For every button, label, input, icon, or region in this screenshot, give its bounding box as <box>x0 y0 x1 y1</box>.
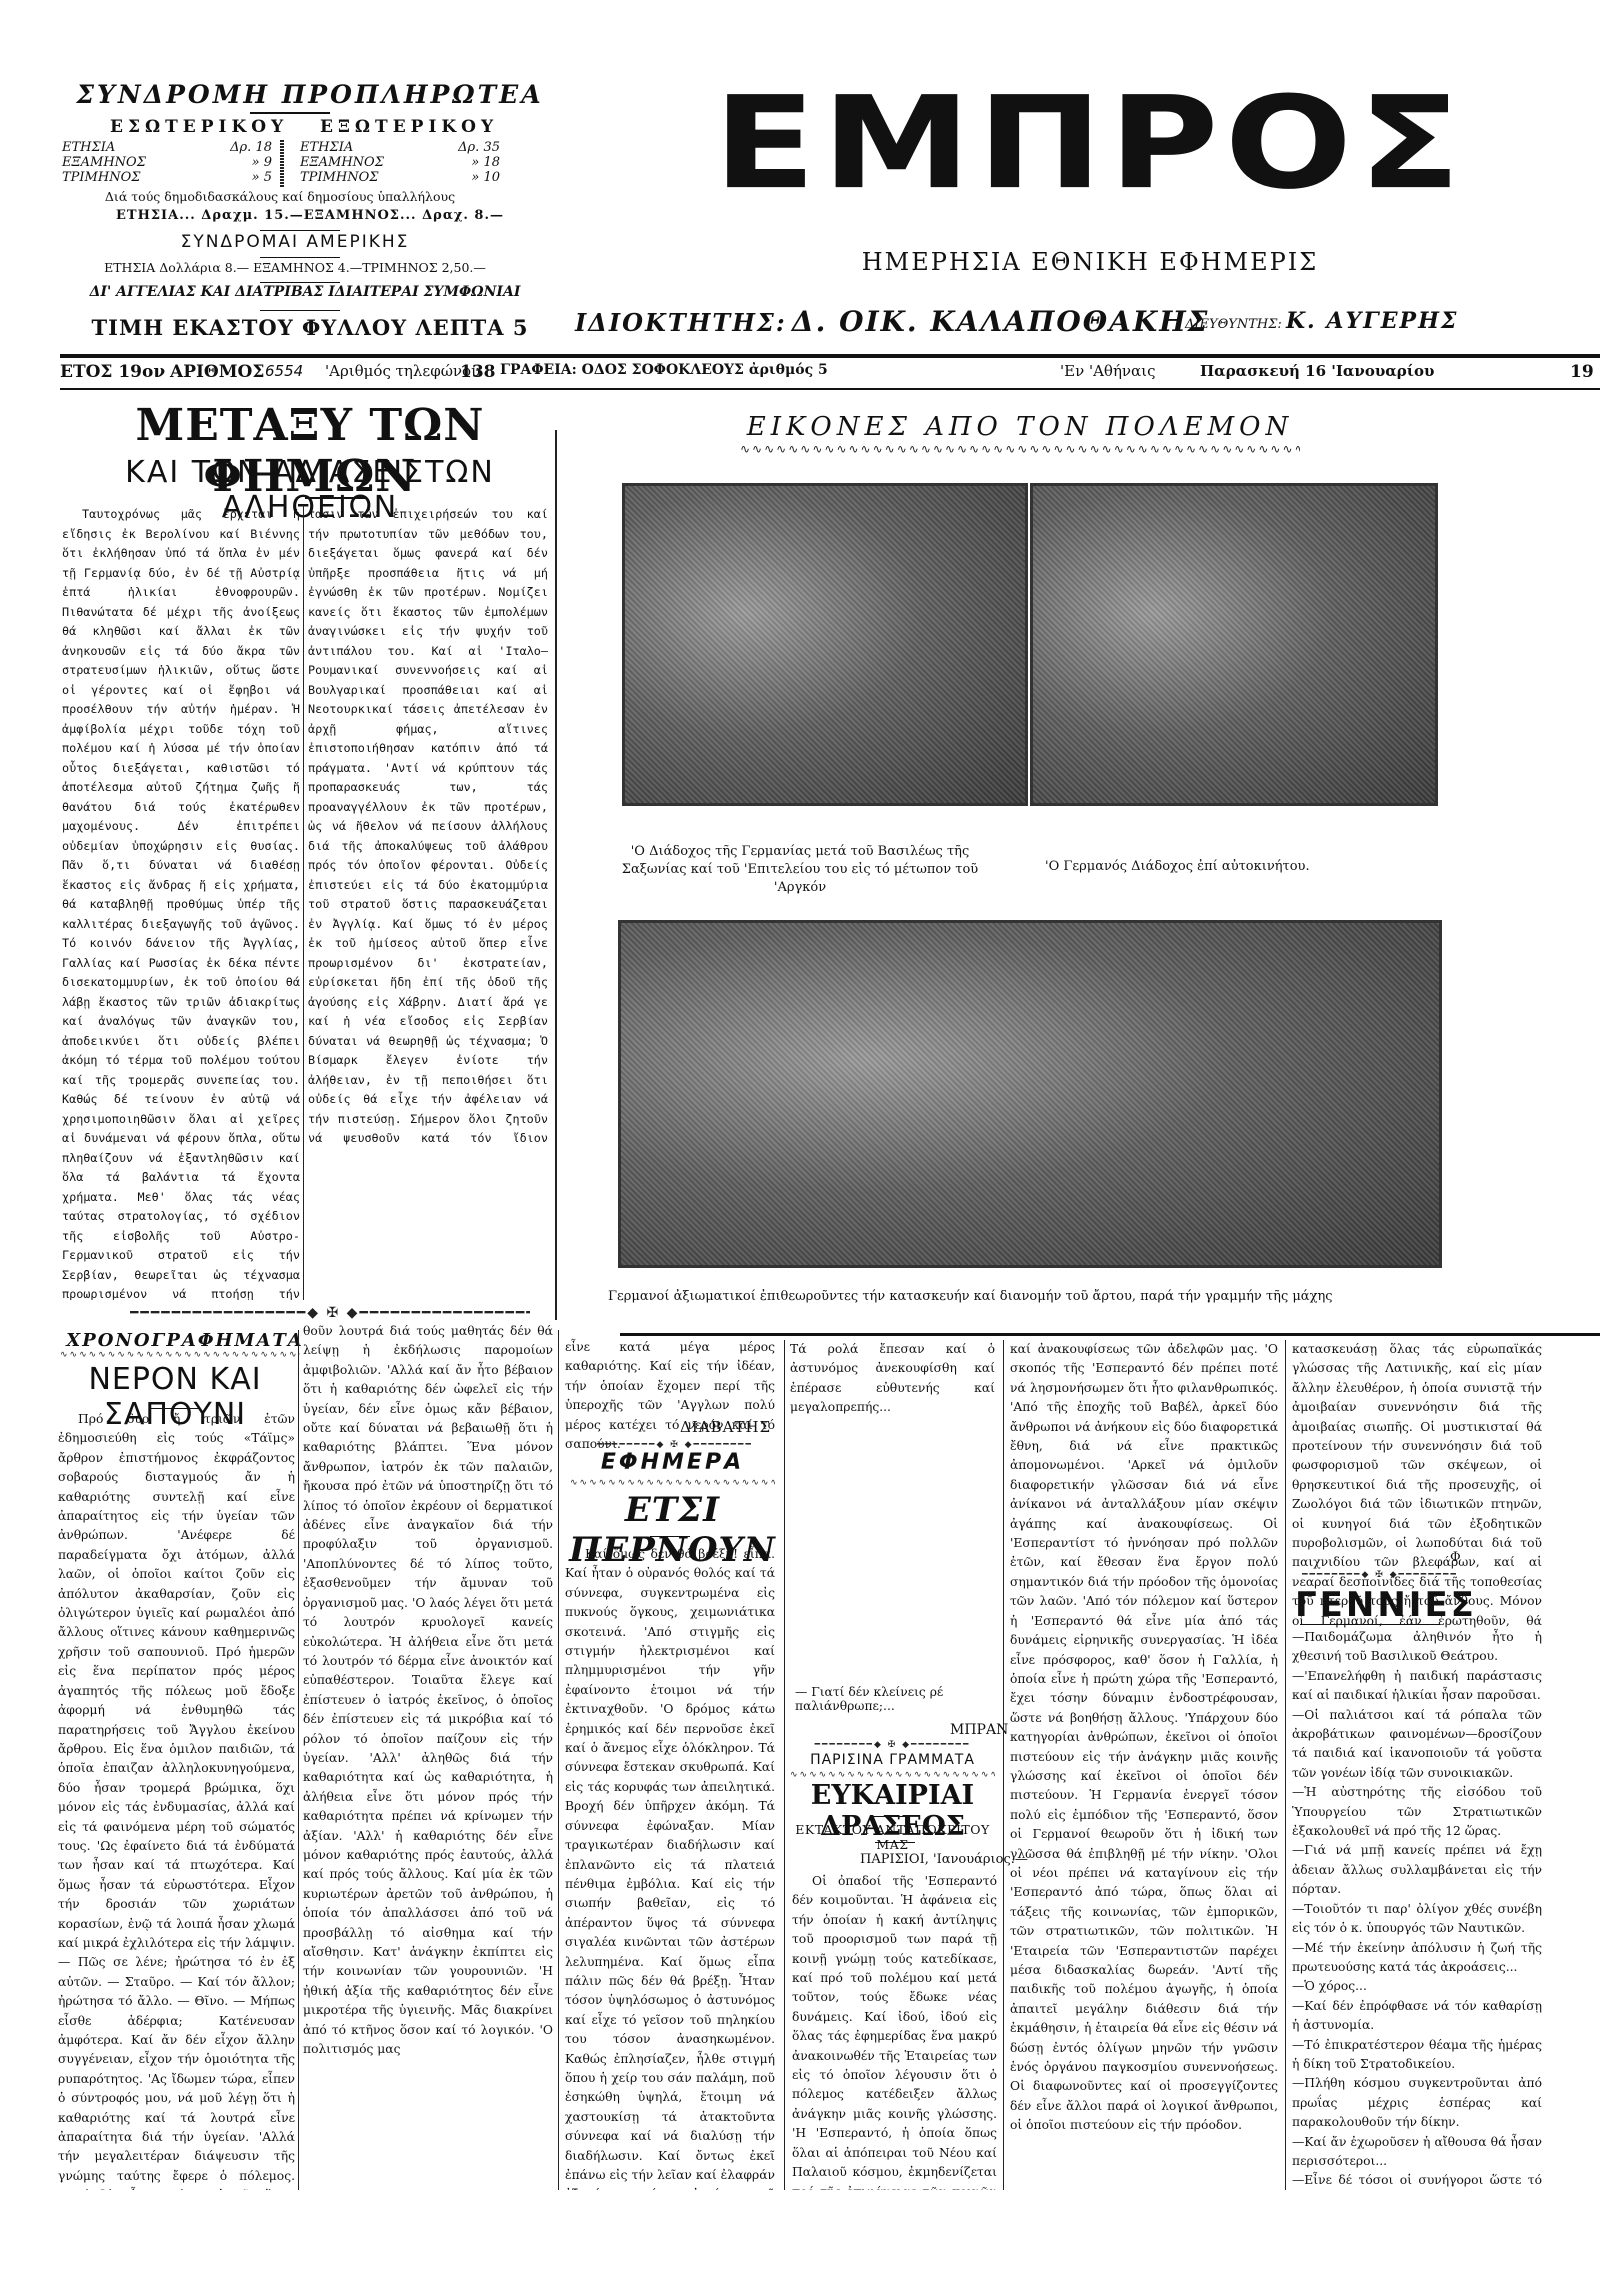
column-rule <box>1285 1340 1286 2190</box>
column-rule <box>558 1330 559 2190</box>
date: Παρασκευή 16 'Ιανουαρίου <box>1200 362 1434 380</box>
rate-value: » 9 <box>252 155 272 170</box>
genies-item: —Τό ἐπικρατέστερον θέαμα τῆς ἡμέρας ἡ δί… <box>1292 2036 1542 2075</box>
foreign-rates: ΕΤΗΣΙΑΔρ. 35 ΕΞΑΜΗΝΟΣ» 18 ΤΡΙΜΗΝΟΣ» 10 <box>300 140 500 185</box>
parisina-col2: καί ἀνακουφίσεως τῶν ἀδελφῶν μας. 'Ο σκο… <box>1010 1340 1278 2190</box>
efimera-continued: Τά ρολά ἔπεσαν καί ὁ ἀστυνόμος ἀνεκουφίσ… <box>790 1342 995 1414</box>
title-underline <box>250 112 330 114</box>
chronografimata-section: ΧΡΟΝΟΓΡΑΦΗΜΑΤΑ <box>60 1330 310 1351</box>
domestic-heading: ΕΣΩΤΕΡΙΚΟΥ <box>110 117 288 137</box>
small-divider: ━━━━━━━━◆ ✠ ◆━━━━━━━━ <box>575 1440 775 1450</box>
rate-label: ΤΡΙΜΗΝΟΣ <box>62 170 140 185</box>
year-tail: 19 <box>1570 362 1594 382</box>
info-bar-top-rule <box>60 354 1600 358</box>
owner-line: ΙΔΙΟΚΤΗΤΗΣ: Δ. ΟΙΚ. ΚΑΛΑΠΟΘΑΚΗΣ <box>575 305 1209 338</box>
photos-heading: ΕΙΚΟΝΕΣ ΑΠΟ ΤΟΝ ΠΟΛΕΜΟΝ <box>640 412 1400 442</box>
photo2-caption: 'Ο Γερμανός Διάδοχος ἐπί αὐτοκινήτου. <box>1045 858 1445 876</box>
diavatis-signature: ΔΙΑΒΑΤΗΣ <box>680 1418 771 1436</box>
rates-divider <box>280 140 284 188</box>
column-rule <box>1003 1340 1004 2190</box>
divider <box>260 310 340 311</box>
rate-label: ΤΡΙΜΗΝΟΣ <box>300 170 378 185</box>
efimera-section: ΕΦΗΜΕΡΑ <box>565 1450 780 1475</box>
genies-item: —Παιδομάζωμα ἀληθινόν ἦτο ἡ χθεσινή τοῦ … <box>1292 1628 1542 1667</box>
rate-value: » 18 <box>471 155 500 170</box>
photo-crown-prince-saxony <box>622 483 1028 806</box>
rate-value: Δρ. 18 <box>230 140 272 155</box>
offices: ΓΡΑΦΕΙΑ: ΟΔΟΣ ΣΟΦΟΚΛΕΟΥΣ ἀριθμός 5 <box>500 362 828 378</box>
genies-item: —Γιά νά μπῇ κανείς πρέπει νά ἔχῃ ἀδειαν … <box>1292 1841 1542 1899</box>
section-wave: ∿∿∿∿∿∿∿∿∿∿∿∿∿∿∿∿∿∿∿∿∿∿∿∿∿∿∿∿∿∿∿∿∿∿∿∿∿∿∿∿… <box>570 1478 775 1488</box>
genies-list: —Παιδομάζωμα ἀληθινόν ἦτο ἡ χθεσινή τοῦ … <box>1292 1628 1542 2190</box>
genies-item: —Καί ἄν ἐχωροῦσεν ἡ αἴθουσα θά ἦσαν περι… <box>1292 2133 1542 2172</box>
lead-article-col1: Ταυτοχρόνως μᾶς ἔρχεται ἡ εἴδησις ἐκ Βερ… <box>62 505 300 1300</box>
headline-underline <box>650 1536 690 1537</box>
foreign-heading: ΕΞΩΤΕΡΙΚΟΥ <box>320 117 498 137</box>
place: 'Εν 'Αθήναις <box>1060 362 1155 380</box>
issue-number: 6554 <box>265 362 303 380</box>
genies-section: ΓΕΝΝΙΕΣ <box>1295 1585 1477 1625</box>
photo-officers-bread <box>618 920 1442 1268</box>
efimera-col1: Καί ὅμως δέν θά βρέξῃ! εἶπα. Καί ἦταν ὁ … <box>565 1545 775 2190</box>
parisina-signature: Φ <box>1450 1550 1461 1565</box>
efimera-signature: ΜΠΡΑΝ <box>950 1722 1008 1738</box>
efimera-quote: — Γιατί δέν κλείνεις ρέ παλιάνθρωπε;... <box>795 1685 995 1713</box>
small-divider: ━━━━━━━━◆ ✠ ◆━━━━━━━━ <box>1300 1570 1460 1580</box>
headline-underline <box>150 1408 200 1409</box>
rate-value: » 5 <box>252 170 272 185</box>
genies-item: —Ὁ χόρος... <box>1292 1977 1542 1996</box>
issue-label: ΑΡΙΘΜΟΣ <box>170 362 264 382</box>
divider <box>875 1842 915 1843</box>
column-rule <box>555 430 557 1320</box>
chronografimata-col1: Πρό δύο ἤ τριῶν ἐτῶν ἐδημοσιεύθη εἰς τού… <box>58 1410 295 2190</box>
info-bar-bottom-rule <box>60 388 1600 390</box>
director-name: Κ. ΑΥΓΕΡΗΣ <box>1286 308 1459 334</box>
domestic-rates: ΕΤΗΣΙΑΔρ. 18 ΕΞΑΜΗΝΟΣ» 9 ΤΡΙΜΗΝΟΣ» 5 <box>62 140 272 185</box>
phone-number: 138 <box>460 362 496 382</box>
genies-item: —Ἡ αὐστηρότης τῆς εἰσόδου τοῦ Ὑπουργείου… <box>1292 1783 1542 1841</box>
column-rule <box>298 1330 299 2190</box>
headline-underline <box>870 1816 910 1817</box>
tagline: ΗΜΕΡΗΣΙΑ ΕΘΝΙΚΗ ΕΦΗΜΕΡΙΣ <box>640 248 1540 276</box>
section-wave: ∿∿∿∿∿∿∿∿∿∿∿∿∿∿∿∿∿∿∿∿∿∿∿∿∿∿∿∿∿∿∿∿∿∿∿∿∿∿∿∿… <box>60 1350 300 1360</box>
price-per-issue: ΤΙΜΗ ΕΚΑΣΤΟΥ ΦΥΛΛΟΥ ΛΕΠΤΑ 5 <box>60 315 560 340</box>
subscription-box: ΣΥΝΔΡΟΜΗ ΠΡΟΠΛΗΡΩΤΕΑ ΕΣΩΤΕΡΙΚΟΥ ΕΞΩΤΕΡΙΚ… <box>60 70 560 350</box>
genies-item: —Μέ τήν ἐκείνην ἀπόλυσιν ἡ ζωή τῆς πρωτε… <box>1292 1939 1542 1978</box>
rate-value: » 10 <box>471 170 500 185</box>
teachers-rates: ΕΤΗΣΙΑ... Δραχμ. 15.—ΕΞΑΜΗΝΟΣ... Δραχ. 8… <box>70 208 550 223</box>
parisina-section: ΠΑΡΙΣΙΝΑ ΓΡΑΜΜΑΤΑ <box>790 1752 995 1768</box>
efimera-col2: Τά ρολά ἔπεσαν καί ὁ ἀστυνόμος ἀνεκουφίσ… <box>790 1340 995 1670</box>
rate-label: ΕΤΗΣΙΑ <box>62 140 115 155</box>
lead-article-col2: τασιν τῶν ἐπιχειρήσεών του καί τήν πρωτο… <box>308 505 548 1145</box>
photo3-caption: Γερμανοί ἀξιωματικοί ἐπιθεωροῦντες τήν κ… <box>608 1288 1600 1306</box>
divider <box>260 230 340 231</box>
genies-item: —Τοιοῦτόν τι παρ' ὀλίγον χθές συνέβη εἰς… <box>1292 1900 1542 1939</box>
rate-label: ΕΞΑΜΗΝΟΣ <box>62 155 146 170</box>
subscription-title: ΣΥΝΔΡΟΜΗ ΠΡΟΠΛΗΡΩΤΕΑ <box>60 80 560 109</box>
headline-underline <box>305 497 365 499</box>
lead-end-divider: ━━━━━━━━━━━━━━━━━◆ ✠ ◆━━━━━━━━━━━━━━━━━ <box>130 1305 530 1321</box>
info-bar: ΕΤΟΣ 19ον ΑΡΙΘΜΟΣ 6554 'Αριθμός τηλεφώνο… <box>60 362 1600 384</box>
rate-label: ΕΞΑΜΗΝΟΣ <box>300 155 384 170</box>
director-line: ΔΙΕΥΘΥΝΤΗΣ: Κ. ΑΥΓΕΡΗΣ <box>1185 308 1458 334</box>
section-wave: ∿∿∿∿∿∿∿∿∿∿∿∿∿∿∿∿∿∿∿∿∿∿∿∿∿∿∿∿∿∿∿∿∿∿∿∿∿∿∿∿… <box>790 1770 995 1780</box>
photos-heading-wave: ∿∿∿∿∿∿∿∿∿∿∿∿∿∿∿∿∿∿∿∿∿∿∿∿∿∿∿∿∿∿∿∿∿∿∿∿∿∿∿∿… <box>740 442 1300 456</box>
teachers-note: Διά τούς δημοδιδασκάλους καί δημοσίους ὑ… <box>60 189 500 204</box>
column-rule <box>303 505 304 1300</box>
director-label: ΔΙΕΥΘΥΝΤΗΣ: <box>1185 317 1282 332</box>
america-heading: ΣΥΝΔΡΟΜΑΙ ΑΜΕΡΙΚΗΣ <box>60 232 530 252</box>
rate-value: Δρ. 35 <box>458 140 500 155</box>
genies-item: —'Επανελήφθη ἡ παιδική παράστασις καί αἱ… <box>1292 1667 1542 1706</box>
photo-crown-prince-car <box>1030 483 1438 806</box>
photo1-caption: 'Ο Διάδοχος τῆς Γερμανίας μετά τοῦ Βασιλ… <box>610 843 990 897</box>
rate-label: ΕΤΗΣΙΑ <box>300 140 353 155</box>
column-rule <box>784 1340 785 2190</box>
photos-bottom-rule <box>620 1333 1600 1336</box>
year: ΕΤΟΣ 19ον <box>60 362 165 382</box>
phone-label: 'Αριθμός τηλεφώνου <box>325 362 480 380</box>
divider <box>260 282 340 283</box>
genies-item: —Πλήθη κόσμου συγκεντροῦνται ἀπό πρωΐας … <box>1292 2074 1542 2132</box>
newspaper-logo: ΕΜΠΡΟΣ <box>680 80 1500 208</box>
parisina-col1: Οἱ ὀπαδοί τῆς 'Εσπεραντό δέν κοιμοῦνται.… <box>792 1872 997 2190</box>
chronografimata-col2: θοῦν λουτρά διά τούς μαθητάς δέν θά λείψ… <box>303 1322 553 2188</box>
divider <box>1300 1624 1440 1625</box>
owner-label: ΙΔΙΟΚΤΗΤΗΣ: <box>575 308 787 337</box>
divider <box>260 257 340 258</box>
parisina-subhead: ΕΚΤΑΚΤΟΥ ΑΝΤΑΠΟΚΡΙΤΟΥ ΜΑΣ <box>790 1822 995 1852</box>
genies-item: —Εἶνε δέ τόσοι οἱ συνήγοροι ὥστε τό δικα… <box>1292 2171 1542 2190</box>
ads-note: ΔΙ' ΑΓΓΕΛΙΑΣ ΚΑΙ ΔΙΑΤΡΙΒΑΣ ΙΔΙΑΙΤΕΡΑΙ ΣΥ… <box>60 284 550 300</box>
america-rates: ΕΤΗΣΙΑ Δολλάρια 8.— ΕΞΑΜΗΝΟΣ 4.—ΤΡΙΜΗΝΟΣ… <box>60 260 530 275</box>
genies-item: —Οἱ παλιάτσοι καί τά ρόπαλα τῶν ἀκροβάτι… <box>1292 1706 1542 1784</box>
owner-name: Δ. ΟΙΚ. ΚΑΛΑΠΟΘΑΚΗΣ <box>792 305 1210 338</box>
genies-item: —Καί δέν ἐπρόφθασε νά τόν καθαρίσῃ ἡ ἀστ… <box>1292 1997 1542 2036</box>
diavatis-article-end: εἶνε κατά μέγα μέρος καθαριότης. Καί εἰς… <box>565 1338 775 1454</box>
small-divider: ━━━━━━━━◆ ✠ ◆━━━━━━━━ <box>790 1740 995 1750</box>
